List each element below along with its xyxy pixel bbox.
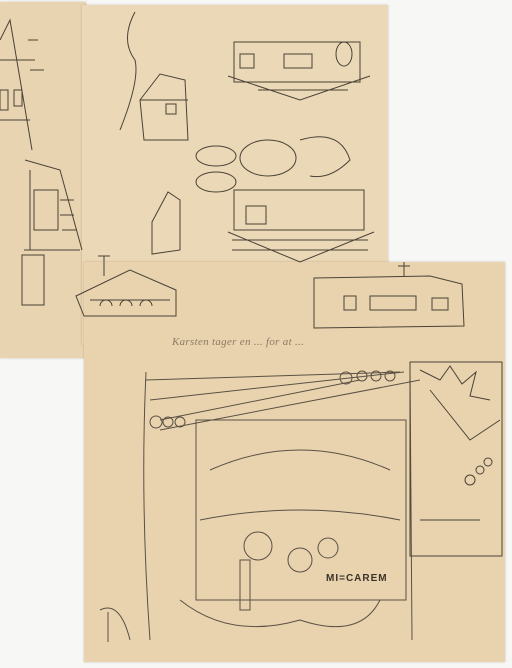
- lodge-top: [228, 42, 370, 100]
- lodge-middle: [228, 190, 374, 262]
- lodge-right: [314, 262, 464, 328]
- curve-line: [120, 12, 136, 130]
- handwritten-caption: Karsten tager en ... for at ...: [172, 336, 304, 348]
- left-house-top: [0, 20, 44, 150]
- chalet: [76, 256, 176, 316]
- carvings: [196, 137, 350, 192]
- tree-panel: [410, 362, 502, 556]
- small-house: [140, 74, 188, 140]
- street-scene: [100, 371, 420, 642]
- left-house-bottom: [22, 160, 82, 305]
- pencil-drawings: [0, 0, 512, 668]
- sign-text: MI=CAREM: [326, 573, 388, 584]
- side-house: [152, 192, 180, 254]
